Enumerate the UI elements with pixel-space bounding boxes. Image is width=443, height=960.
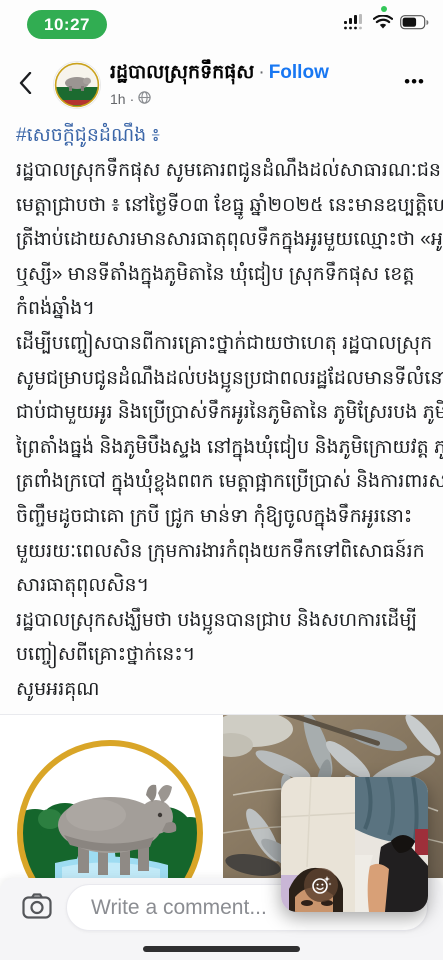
name-follow-separator: · xyxy=(258,62,264,83)
camera-button[interactable] xyxy=(22,893,54,921)
cellular-signal-icon xyxy=(344,14,366,35)
follow-button[interactable]: Follow xyxy=(269,62,329,83)
wifi-icon xyxy=(373,15,393,35)
camera-icon xyxy=(22,893,52,919)
chevron-left-icon xyxy=(19,72,32,94)
post-text-line: សារធាតុពុលសិន។ xyxy=(16,569,430,604)
facebook-mobile-screen: 10:27 xyxy=(0,0,443,960)
meta-separator: · xyxy=(130,91,135,107)
post-text-line: ចិញ្ចឹមដូចជាគោ ក្របី ជ្រូក មាន់ទា កុំឱ្យ… xyxy=(16,500,430,535)
post-text-line: រដ្ឋបាលស្រុកសង្ឃឹមថា បងប្អូនបានជ្រាប និង… xyxy=(16,604,430,639)
privacy-indicator-dot xyxy=(381,6,387,12)
post-text: #សេចក្តីជូនដំណឹង ៖ រដ្ឋបាលស្រុកទឹកផុស សូ… xyxy=(16,118,430,708)
privacy-globe-icon xyxy=(138,91,151,107)
hashtag-link[interactable]: #សេចក្តីជូនដំណឹង ៖ xyxy=(16,118,430,154)
post-text-line: មេត្តាជ្រាបថា ៖ នៅថ្ងៃទី០៣ ខែធ្នូ ឆ្នាំ២… xyxy=(16,189,430,224)
post-header: រដ្ឋបាលស្រុកទឹកផុស·Follow 1h · ••• xyxy=(0,52,443,114)
post-text-line: ឬស្សី» មានទីតាំងក្នុងភូមិតានៃ ឃុំជៀប ស្រ… xyxy=(16,258,430,293)
post-text-line: បញ្ចៀសពីគ្រោះថ្នាក់នេះ។ xyxy=(16,638,430,673)
post-text-line: ជាប់ជាមួយអូរ និងប្រើប្រាស់ទឹកអូរនៃភូមិតា… xyxy=(16,396,430,431)
page-name[interactable]: រដ្ឋបាលស្រុកទឹកផុស xyxy=(110,62,254,83)
home-indicator[interactable] xyxy=(143,946,300,952)
battery-icon xyxy=(400,15,429,35)
back-button[interactable] xyxy=(10,68,40,98)
status-time-pill: 10:27 xyxy=(27,10,107,39)
more-options-button[interactable]: ••• xyxy=(398,66,431,98)
post-text-line: ត្រពាំងក្របៅ ក្នុងឃុំខ្លុងពពក មេត្តាផ្អា… xyxy=(16,465,430,500)
post-text-line: កំពង់ឆ្នាំង។ xyxy=(16,292,430,327)
post-image-rhino-logo[interactable] xyxy=(0,715,220,878)
rhino-logo-avatar-icon xyxy=(54,62,100,108)
video-call-pip-group[interactable] xyxy=(281,777,428,912)
post-text-line: សូមជម្រាបជូនដំណឹងដល់បងប្អូនប្រជាពលរដ្ឋដែ… xyxy=(16,362,430,397)
post-text-line: សូមអរគុណ xyxy=(16,673,430,708)
post-text-line: ដើម្បីបញ្ចៀសបានពីការគ្រោះថ្នាក់ជាយថាហេតុ… xyxy=(16,327,430,362)
face-effects-button[interactable] xyxy=(304,868,338,902)
post-text-line: ត្រីងាប់ដោយសារមានសារធាតុពុលទឹកក្នុងអូរមួ… xyxy=(16,223,430,258)
smiley-sparkle-icon xyxy=(310,874,332,896)
status-bar: 10:27 xyxy=(0,0,443,46)
post-text-line: ព្រៃតាំងធ្នង់ និងភូមិបឹងស្ទង នៅក្នុងឃុំជ… xyxy=(16,431,430,466)
remote-video-window[interactable] xyxy=(355,777,429,912)
post-text-line: រដ្ឋបាលស្រុកទឹកផុស សូមគោរពជូនដំណឹងដល់សាធ… xyxy=(16,154,430,189)
selfie-video-window[interactable] xyxy=(281,777,355,912)
page-avatar[interactable] xyxy=(54,62,100,108)
post-text-line: មួយរយៈពេលសិន ក្រុមការងារកំពុងយកទឹកទៅពិសោ… xyxy=(16,535,430,570)
post-timestamp: 1h xyxy=(110,91,126,107)
